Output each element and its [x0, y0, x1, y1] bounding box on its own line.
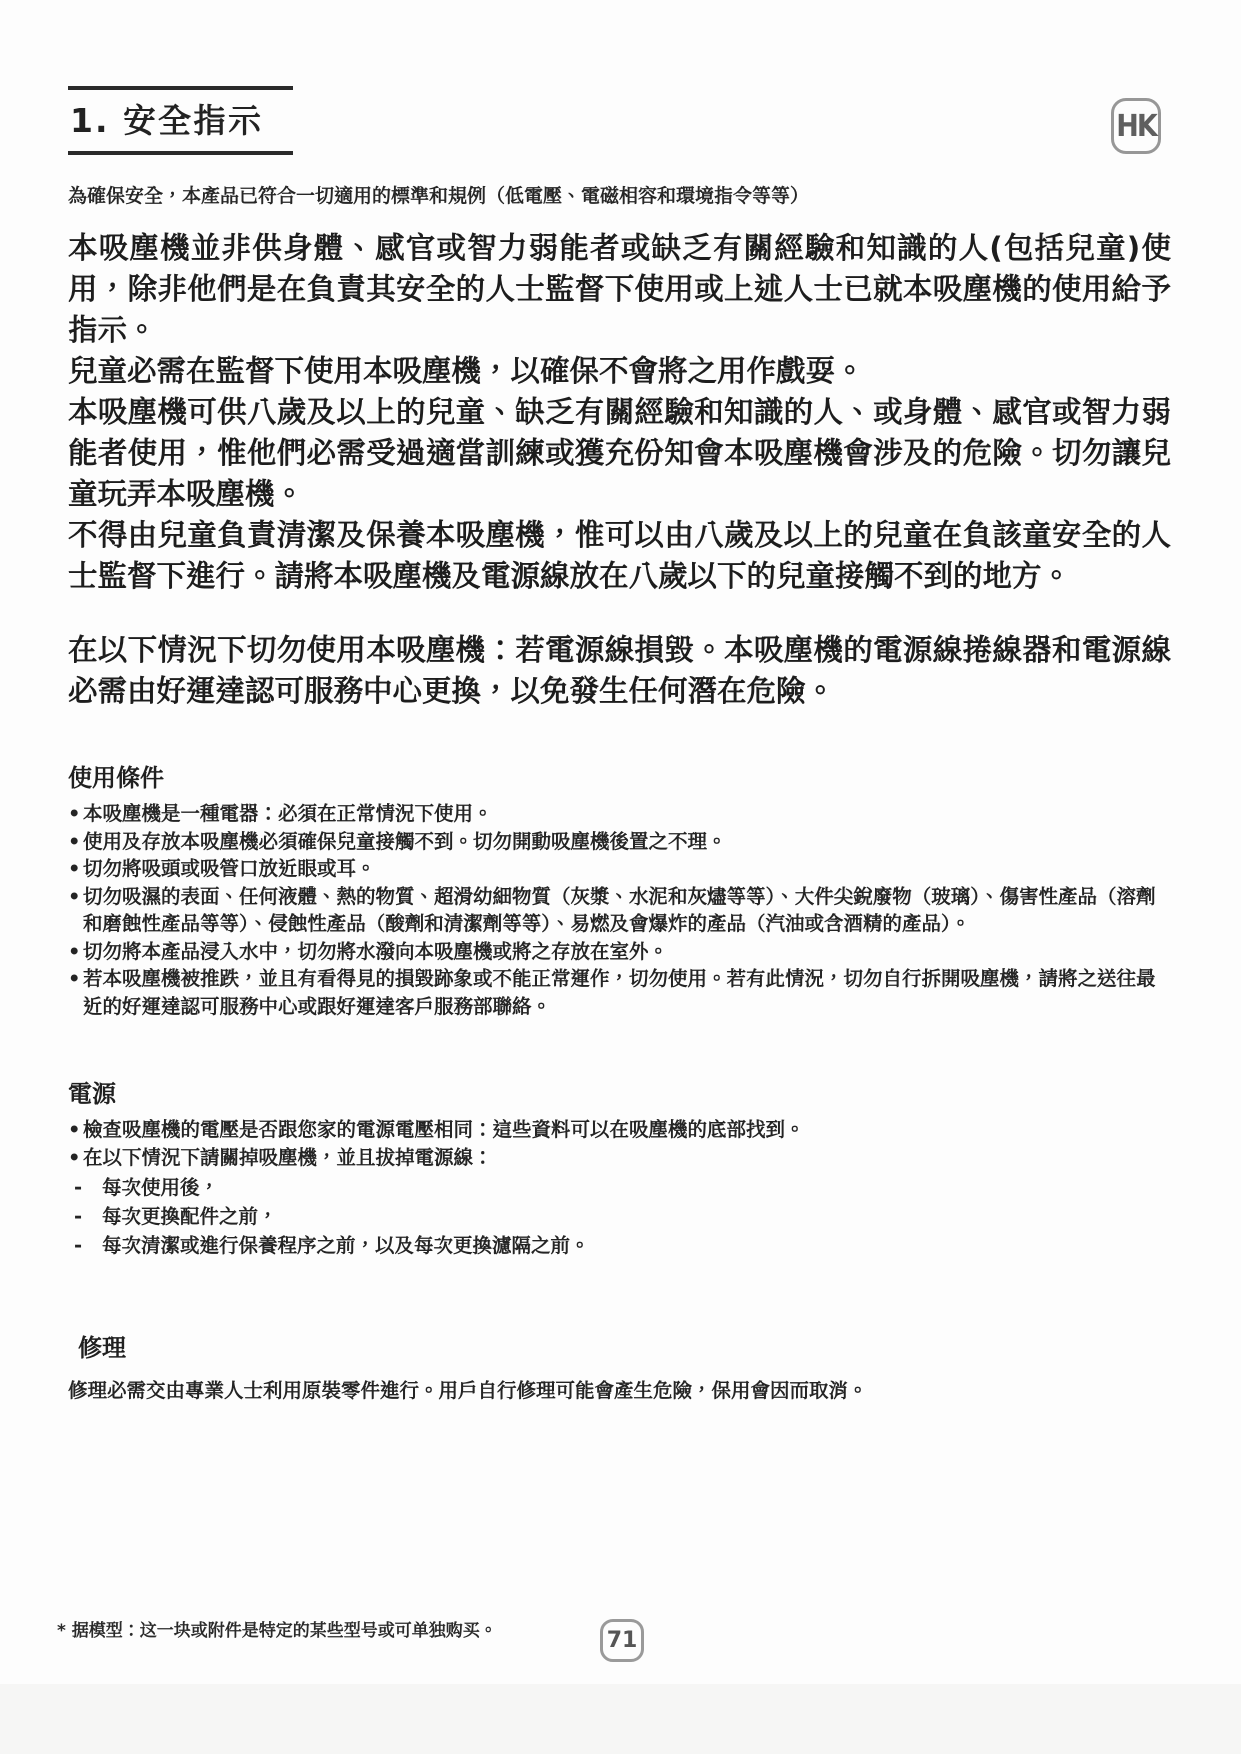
- usage-conditions-list: 本吸塵機是一種電器：必須在正常情況下使用。 使用及存放本吸塵機必須確保兒童接觸不…: [68, 800, 1171, 1020]
- repair-section: 修理 修理必需交由專業人士利用原裝零件進行。用戶自行修理可能會產生危險，保用會因…: [68, 1328, 1171, 1404]
- model-footnote: * 据模型：这一块或附件是特定的某些型号或可单独购买。: [57, 1616, 497, 1641]
- usage-conditions-section: 使用條件 本吸塵機是一種電器：必須在正常情況下使用。 使用及存放本吸塵機必須確保…: [68, 758, 1171, 1020]
- repair-body: 修理必需交由專業人士利用原裝零件進行。用戶自行修理可能會產生危險，保用會因而取消…: [68, 1377, 1171, 1404]
- power-section: 電源 檢查吸塵機的電壓是否跟您家的電源電壓相同：這些資料可以在吸塵機的底部找到。…: [68, 1074, 1171, 1260]
- page-bottom-shading: [0, 1684, 1241, 1754]
- region-badge-label: HK: [1116, 109, 1156, 144]
- safety-paragraphs: 本吸塵機並非供身體、感官或智力弱能者或缺乏有關經驗和知識的人(包括兒童)使用，除…: [68, 228, 1171, 597]
- list-item: 檢查吸塵機的電壓是否跟您家的電源電壓相同：這些資料可以在吸塵機的底部找到。: [68, 1116, 1171, 1144]
- compliance-note: 為確保安全，本產品已符合一切適用的標準和規例（低電壓、電磁相容和環境指令等等）: [68, 181, 1171, 208]
- page-title: 1. 安全指示: [70, 95, 279, 142]
- list-item: 每次更換配件之前，: [68, 1202, 1171, 1231]
- manual-page: HK 1. 安全指示 為確保安全，本產品已符合一切適用的標準和規例（低電壓、電磁…: [0, 0, 1241, 1754]
- list-item: 使用及存放本吸塵機必須確保兒童接觸不到。切勿開動吸塵機後置之不理。: [68, 828, 1171, 856]
- list-item: 每次清潔或進行保養程序之前，以及每次更換濾隔之前。: [68, 1231, 1171, 1260]
- safety-paragraph-3: 本吸塵機可供八歲及以上的兒童、缺乏有關經驗和知識的人、或身體、感官或智力弱能者使…: [68, 392, 1171, 515]
- repair-heading: 修理: [68, 1328, 1171, 1363]
- list-item: 在以下情況下請關掉吸塵機，並且拔掉電源線：: [68, 1144, 1171, 1172]
- power-unplug-list: 每次使用後， 每次更換配件之前， 每次清潔或進行保養程序之前，以及每次更換濾隔之…: [68, 1173, 1171, 1260]
- cord-warning-paragraph: 在以下情況下切勿使用本吸塵機：若電源線損毀。本吸塵機的電源線捲線器和電源線必需由…: [68, 630, 1171, 712]
- safety-paragraph-4: 不得由兒童負責清潔及保養本吸塵機，惟可以由八歲及以上的兒童在負該童安全的人士監督…: [68, 515, 1171, 597]
- list-item: 切勿將吸頭或吸管口放近眼或耳。: [68, 855, 1171, 883]
- section-title-block: 1. 安全指示: [68, 86, 293, 155]
- usage-conditions-heading: 使用條件: [68, 758, 1171, 793]
- safety-paragraph-2: 兒童必需在監督下使用本吸塵機，以確保不會將之用作戲耍。: [68, 351, 1171, 392]
- list-item: 切勿將本產品浸入水中，切勿將水潑向本吸塵機或將之存放在室外。: [68, 938, 1171, 966]
- list-item: 本吸塵機是一種電器：必須在正常情況下使用。: [68, 800, 1171, 828]
- safety-paragraph-1: 本吸塵機並非供身體、感官或智力弱能者或缺乏有關經驗和知識的人(包括兒童)使用，除…: [68, 228, 1171, 351]
- power-list: 檢查吸塵機的電壓是否跟您家的電源電壓相同：這些資料可以在吸塵機的底部找到。 在以…: [68, 1116, 1171, 1171]
- page-content: 1. 安全指示 為確保安全，本產品已符合一切適用的標準和規例（低電壓、電磁相容和…: [0, 0, 1241, 1404]
- page-number-badge: 71: [600, 1619, 644, 1662]
- list-item: 若本吸塵機被推跌，並且有看得見的損毀跡象或不能正常運作，切勿使用。若有此情況，切…: [68, 965, 1171, 1020]
- list-item: 切勿吸濕的表面、任何液體、熱的物質、超滑幼細物質（灰漿、水泥和灰燼等等）、大件尖…: [68, 883, 1171, 938]
- power-heading: 電源: [68, 1074, 1171, 1109]
- region-badge: HK: [1111, 98, 1161, 154]
- page-number: 71: [607, 1628, 638, 1653]
- list-item: 每次使用後，: [68, 1173, 1171, 1202]
